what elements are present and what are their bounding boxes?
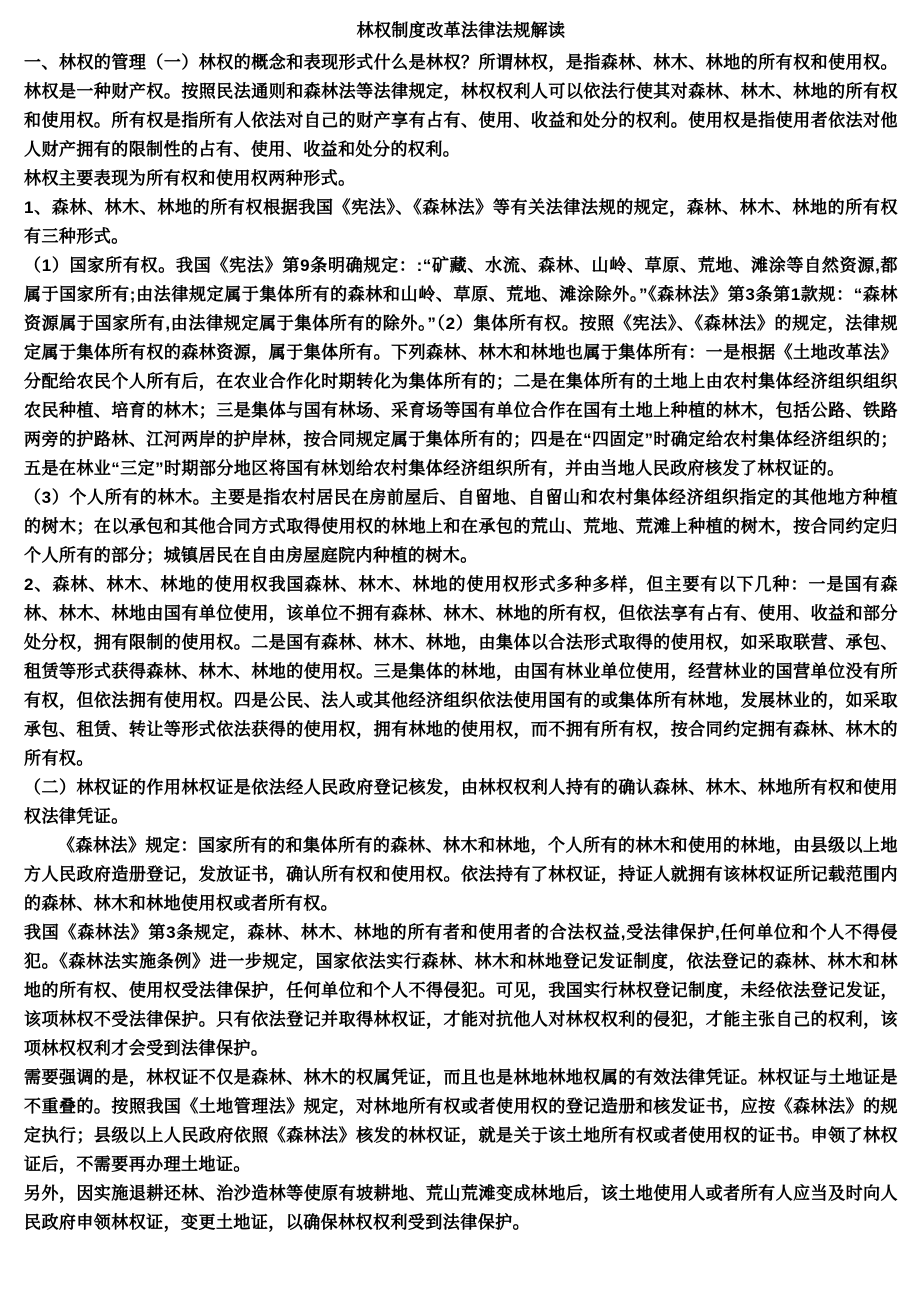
paragraph-two-forms: 林权主要表现为所有权和使用权两种形式。 bbox=[24, 164, 898, 193]
document-body: 一、林权的管理（一）林权的概念和表现形式什么是林权？所谓林权，是指森林、林木、林… bbox=[24, 48, 898, 1237]
paragraph-certificate-vs-land-certificate: 需要强调的是，林权证不仅是森林、林木的权属凭证，而且也是林地林地权属的有效法律凭… bbox=[24, 1063, 898, 1179]
paragraph-intro-forest-rights-concept: 一、林权的管理（一）林权的概念和表现形式什么是林权？所谓林权，是指森林、林木、林… bbox=[24, 48, 898, 164]
paragraph-individual-owned-trees: （3）个人所有的林木。主要是指农村居民在房前屋后、自留地、自留山和农村集体经济组… bbox=[24, 483, 898, 570]
paragraph-conversion-to-forest-land: 另外，因实施退耕还林、治沙造林等使原有坡耕地、荒山荒滩变成林地后，该土地使用人或… bbox=[24, 1179, 898, 1237]
paragraph-forest-law-registration: 《森林法》规定：国家所有的和集体所有的森林、林木和林地，个人所有的林木和使用的林… bbox=[24, 831, 898, 918]
paragraph-ownership-three-forms: 1、森林、林木、林地的所有权根据我国《宪法》、《森林法》等有关法律法规的规定，森… bbox=[24, 193, 898, 251]
document-page: 林权制度改革法律法规解读 一、林权的管理（一）林权的概念和表现形式什么是林权？所… bbox=[0, 0, 920, 1303]
paragraph-article3-protection: 我国《森林法》第3条规定，森林、林木、林地的所有者和使用者的合法权益,受法律保护… bbox=[24, 918, 898, 1063]
paragraph-certificate-role: （二）林权证的作用林权证是依法经人民政府登记核发，由林权权利人持有的确认森林、林… bbox=[24, 773, 898, 831]
document-title: 林权制度改革法律法规解读 bbox=[24, 16, 898, 45]
paragraph-state-and-collective-ownership: （1）国家所有权。我国《宪法》第9条明确规定：:“矿藏、水流、森林、山岭、草原、… bbox=[24, 251, 898, 483]
paragraph-use-rights-forms: 2、森林、林木、林地的使用权我国森林、林木、林地的使用权形式多种多样，但主要有以… bbox=[24, 570, 898, 773]
